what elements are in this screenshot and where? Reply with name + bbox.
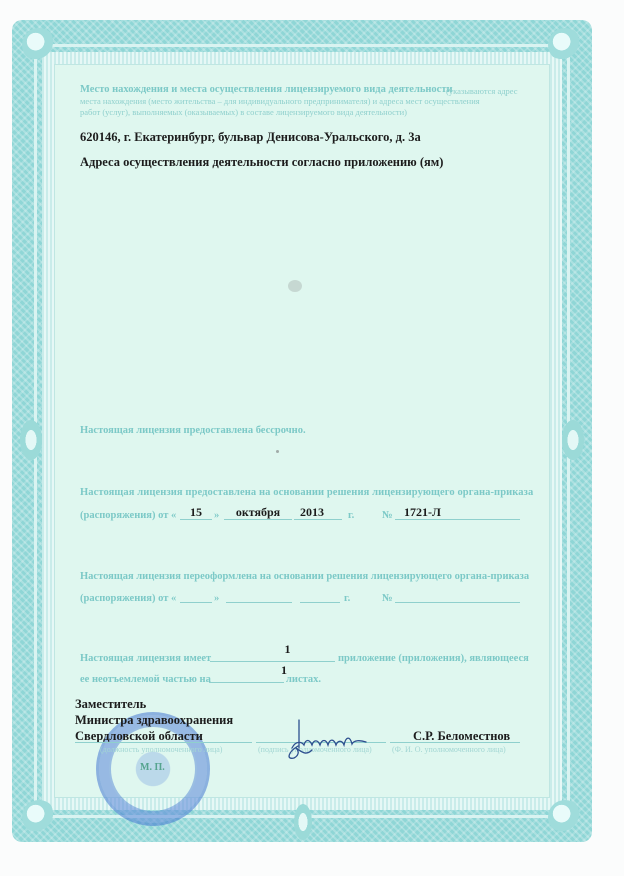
grant-number-label: № [382,510,393,521]
grant-year: 2013 [288,505,336,520]
show-through-mark [288,280,302,292]
stamp-mp-label: М. П. [140,762,165,773]
caption-position: (должность уполномоченного лица) [100,745,222,754]
grant-day: 15 [180,505,212,520]
term-text: Настоящая лицензия предоставлена бессроч… [80,425,306,436]
reissue-line: Настоящая лицензия переоформлена на осно… [80,571,529,582]
handwritten-signature-icon [282,718,372,763]
name-signature-line [390,732,520,743]
location-hint: места нахождения (место жительства – для… [80,96,480,107]
grant-number: 1721-Л [395,505,450,520]
appendix-line1-suffix: приложение (приложения), являющееся [338,653,529,664]
grant-prefix: (распоряжения) от « [80,510,176,521]
reissue-prefix: (распоряжения) от « [80,593,176,604]
reissue-month-field [226,588,292,603]
signer-position-line1: Заместитель [75,697,146,712]
reissue-year-field [300,588,340,603]
signer-position-line2: Министра здравоохранения [75,713,233,728]
show-through-mark [276,450,279,453]
grant-quote: » [214,510,219,521]
address: 620146, г. Екатеринбург, бульвар Денисов… [80,130,421,145]
sheet-count-field [209,668,284,683]
appendix-line2-suffix: листах. [286,674,321,685]
caption-name: (Ф. И. О. уполномоченного лица) [392,745,506,754]
location-hint: работ (услуг), выполняемых (оказываемых)… [80,107,407,118]
appendix-line1-prefix: Настоящая лицензия имеет [80,653,211,664]
grant-year-suffix: г. [348,510,354,521]
appendix-line2-prefix: ее неотъемлемой частью на [80,674,211,685]
reissue-quote: » [214,593,219,604]
reissue-year-suffix: г. [344,593,350,604]
reissue-day-field [180,588,212,603]
position-signature-line [75,732,252,743]
grant-month: октября [224,505,292,520]
reissue-number-label: № [382,593,393,604]
addresses-note: Адреса осуществления деятельности соглас… [80,155,443,170]
location-heading: Место нахождения и места осуществления л… [80,84,453,95]
reissue-number-field [395,588,520,603]
grant-line: Настоящая лицензия предоставлена на осно… [80,487,533,498]
